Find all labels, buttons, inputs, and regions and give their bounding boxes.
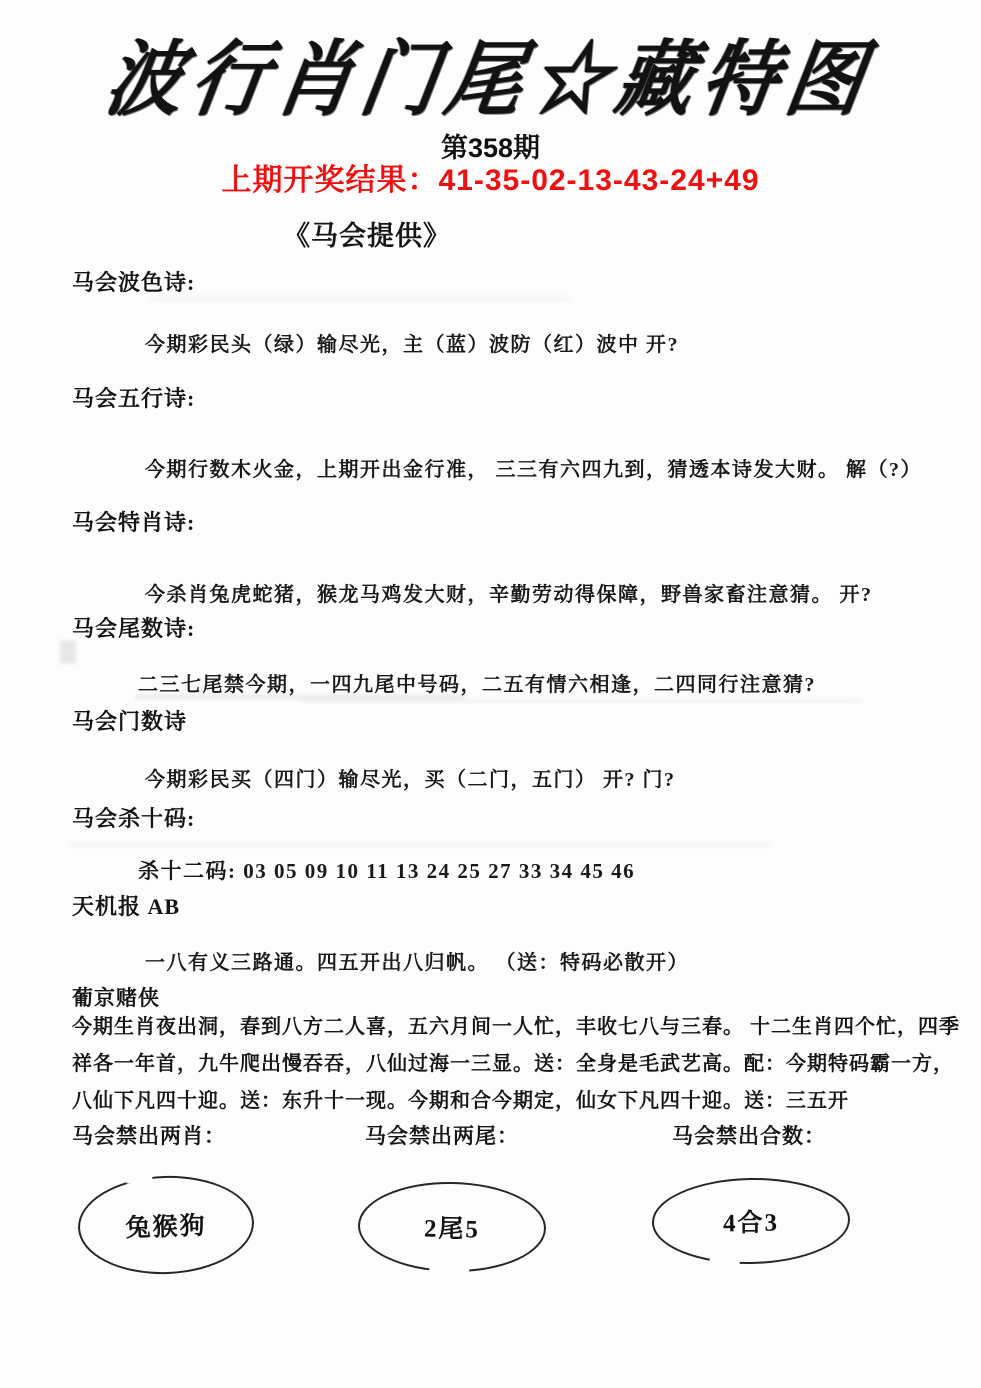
oval-gap — [710, 1258, 740, 1267]
last-draw-result: 上期开奖结果：41-35-02-13-43-24+49 — [0, 155, 981, 199]
section-heading-bose: 马会波色诗: — [72, 266, 195, 297]
section-poem-weishu: 二三七尾禁今期，一四九尾中号码，二五有情六相逢，二四同行注意猜? — [138, 668, 816, 697]
provider-note: 《马会提供》 — [283, 214, 451, 253]
section-heading-texiao: 马会特肖诗: — [72, 506, 195, 537]
scan-smudge — [300, 699, 860, 703]
pujing-line: 祥各一年首，九牛爬出慢吞吞，八仙过海一三显。送：全身是毛武艺高。配：今期特码霸一… — [72, 1047, 922, 1076]
forbid-zodiac-oval: 兔猴狗 — [76, 1173, 255, 1277]
lottery-tip-sheet: 波行肖门尾☆藏特图 第358期 上期开奖结果：41-35-02-13-43-24… — [0, 0, 981, 1388]
pujing-line: 今期生肖夜出洞，春到八方二人喜，五六月间一人忙，丰收七八与三春。 十二生肖四个忙… — [72, 1010, 922, 1039]
section-heading-shashima: 马会杀十码: — [72, 802, 195, 833]
section-heading-menshu: 马会门数诗 — [72, 705, 187, 736]
last-draw-result-label: 上期开奖结果： — [221, 164, 438, 197]
forbid-tail-value: 2尾5 — [424, 1209, 481, 1246]
section-poem-bose: 今期彩民头（绿）输尽光，主（蓝）波防（红）波中 开? — [145, 328, 679, 357]
oval-gap — [126, 1174, 152, 1183]
forbid-tail-label: 马会禁出两尾： — [365, 1120, 519, 1150]
section-poem-tianjibao: 一八有义三路通。四五开出八归帆。 （送：特码必散开） — [145, 946, 689, 975]
forbid-sum-label: 马会禁出合数： — [672, 1120, 826, 1150]
scan-smudge — [70, 843, 770, 847]
forbid-sum-oval: 4合3 — [651, 1176, 850, 1265]
section-poem-wuxing: 今期行数木火金，上期开出金行准， 三三有六四九到，猜透本诗发大财。 解（?） — [145, 453, 922, 482]
forbid-sum-value: 4合3 — [723, 1203, 780, 1240]
pujing-heading: 葡京赌侠 — [72, 982, 160, 1012]
section-heading-wuxing: 马会五行诗: — [72, 382, 195, 413]
forbid-zodiac-value: 兔猴狗 — [125, 1206, 207, 1245]
forbid-tail-oval: 2尾5 — [357, 1180, 547, 1273]
pujing-line: 八仙下凡四十迎。送：东升十一现。今期和合今期定，仙女下凡四十迎。送：三五开 — [72, 1084, 922, 1113]
section-poem-menshu: 今期彩民买（四门）输尽光，买（二门，五门） 开? 门? — [145, 763, 676, 792]
scan-smudge — [60, 640, 76, 664]
section-heading-tianjibao: 天机报 AB — [72, 890, 180, 921]
scan-smudge — [150, 296, 570, 301]
section-poem-texiao: 今杀肖兔虎蛇猪，猴龙马鸡发大财，辛勤劳动得保障，野兽家畜注意猜。 开? — [145, 578, 873, 607]
section-poem-shashima: 杀十二码: 03 05 09 10 11 13 24 25 27 33 34 4… — [138, 855, 635, 885]
oval-gap — [429, 1266, 469, 1275]
last-draw-result-numbers: 41-35-02-13-43-24+49 — [438, 164, 759, 197]
section-heading-weishu: 马会尾数诗: — [72, 612, 195, 643]
forbid-zodiac-label: 马会禁出两肖： — [72, 1120, 226, 1150]
page-title: 波行肖门尾☆藏特图 — [0, 14, 981, 132]
